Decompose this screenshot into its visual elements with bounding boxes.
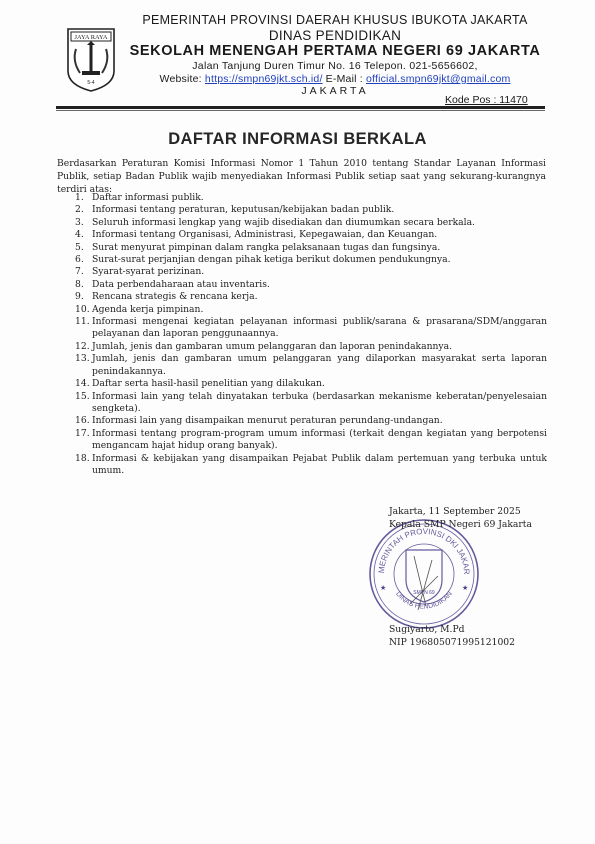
list-item-text: Data perbendaharaan atau inventaris. [92,279,270,290]
letterhead-school: SEKOLAH MENENGAH PERTAMA NEGERI 69 JAKAR… [120,43,550,60]
list-item-number: 9. [75,291,84,303]
email-label: E-Mail : [323,73,366,85]
list-item-number: 11. [75,316,90,328]
list-item-text: Seluruh informasi lengkap yang wajib dis… [92,217,475,228]
list-item-number: 17. [75,428,90,440]
intro-paragraph: Berdasarkan Peraturan Komisi Informasi N… [57,157,546,196]
list-item-text: Informasi lain yang telah dinyatakan ter… [92,391,547,414]
signatory-name: Sugiyarto, M.Pd [389,623,532,636]
signatory-nip: NIP 196805071995121002 [389,636,532,649]
list-item: 16.Informasi lain yang disampaikan menur… [75,415,547,427]
list-item-text: Informasi tentang Organisasi, Administra… [92,229,437,240]
list-item-number: 12. [75,341,90,353]
list-item: 7.Syarat-syarat perizinan. [75,266,547,278]
list-item: 11.Informasi mengenai kegiatan pelayanan… [75,316,547,341]
list-item-text: Jumlah, jenis dan gambaran umum pelangga… [92,341,452,352]
jakarta-crest-icon: JAYA RAYA 5-4 [66,27,116,93]
list-item-number: 10. [75,304,90,316]
list-item-text: Jumlah, jenis dan gambaran umum pelangga… [92,353,547,376]
list-item: 4.Informasi tentang Organisasi, Administ… [75,229,547,241]
logo-text: JAYA RAYA [74,34,107,41]
list-item-number: 4. [75,229,84,241]
list-item-text: Rencana strategis & rencana kerja. [92,291,258,302]
document-page: JAYA RAYA 5-4 PEMERINTAH PROVINSI DAERAH… [0,0,595,844]
list-item-text: Informasi lain yang disampaikan menurut … [92,415,443,426]
list-item: 2.Informasi tentang peraturan, keputusan… [75,204,547,216]
list-item-number: 14. [75,378,90,390]
list-item-number: 1. [75,192,84,204]
list-item: 10.Agenda kerja pimpinan. [75,304,547,316]
list-item: 14.Daftar serta hasil-hasil penelitian y… [75,378,547,390]
list-item: 15.Informasi lain yang telah dinyatakan … [75,391,547,416]
list-item-number: 15. [75,391,90,403]
letterhead-divider [56,106,545,109]
list-item: 3.Seluruh informasi lengkap yang wajib d… [75,217,547,229]
list-item-number: 16. [75,415,90,427]
website-link[interactable]: https://smpn69jkt.sch.id/ [205,73,323,85]
list-item-text: Syarat-syarat perizinan. [92,266,204,277]
list-item-text: Surat-surat perjanjian dengan pihak keti… [92,254,451,265]
list-item: 5.Surat menyurat pimpinan dalam rangka p… [75,242,547,254]
list-item-text: Agenda kerja pimpinan. [92,304,203,315]
list-item-text: Daftar informasi publik. [92,192,204,203]
letterhead-government: PEMERINTAH PROVINSI DAERAH KHUSUS IBUKOT… [120,13,550,28]
letterhead-department: DINAS PENDIDIKAN [120,28,550,43]
list-item-number: 7. [75,266,84,278]
list-item-number: 2. [75,204,84,216]
svg-text:★: ★ [380,584,386,592]
list-item-text: Informasi tentang peraturan, keputusan/k… [92,204,394,215]
postal-code: Kode Pos : 11470 [445,94,528,106]
website-label: Website: [160,73,205,85]
list-item-text: Surat menyurat pimpinan dalam rangka pel… [92,242,440,253]
signature-position: Kepala SMP Negeri 69 Jakarta [389,518,532,531]
letterhead-address: Jalan Tanjung Duren Timur No. 16 Telepon… [120,60,550,73]
list-item: 18.Informasi & kebijakan yang disampaika… [75,453,547,478]
list-item-number: 3. [75,217,84,229]
information-list: 1.Daftar informasi publik.2.Informasi te… [75,192,547,477]
list-item-number: 18. [75,453,90,465]
signature-block: Jakarta, 11 September 2025 Kepala SMP Ne… [389,505,532,649]
document-title: DAFTAR INFORMASI BERKALA [0,130,595,149]
list-item-number: 5. [75,242,84,254]
letterhead-divider-thin [56,110,545,111]
list-item: 13.Jumlah, jenis dan gambaran umum pelan… [75,353,547,378]
list-item-text: Informasi & kebijakan yang disampaikan P… [92,453,547,476]
signature-place-date: Jakarta, 11 September 2025 [389,505,532,518]
list-item-number: 6. [75,254,84,266]
list-item: 9.Rencana strategis & rencana kerja. [75,291,547,303]
list-item-number: 8. [75,279,84,291]
list-item: 6.Surat-surat perjanjian dengan pihak ke… [75,254,547,266]
list-item-number: 13. [75,353,90,365]
email-link[interactable]: official.smpn69jkt@gmail.com [366,73,510,85]
list-item: 12.Jumlah, jenis dan gambaran umum pelan… [75,341,547,353]
list-item-text: Informasi tentang program-program umum i… [92,428,547,451]
svg-text:5-4: 5-4 [87,80,94,86]
list-item: 17.Informasi tentang program-program umu… [75,428,547,453]
list-item-text: Informasi mengenai kegiatan pelayanan in… [92,316,547,339]
list-item: 1.Daftar informasi publik. [75,192,547,204]
list-item: 8.Data perbendaharaan atau inventaris. [75,279,547,291]
letterhead: PEMERINTAH PROVINSI DAERAH KHUSUS IBUKOT… [120,13,550,97]
list-item-text: Daftar serta hasil-hasil penelitian yang… [92,378,325,389]
